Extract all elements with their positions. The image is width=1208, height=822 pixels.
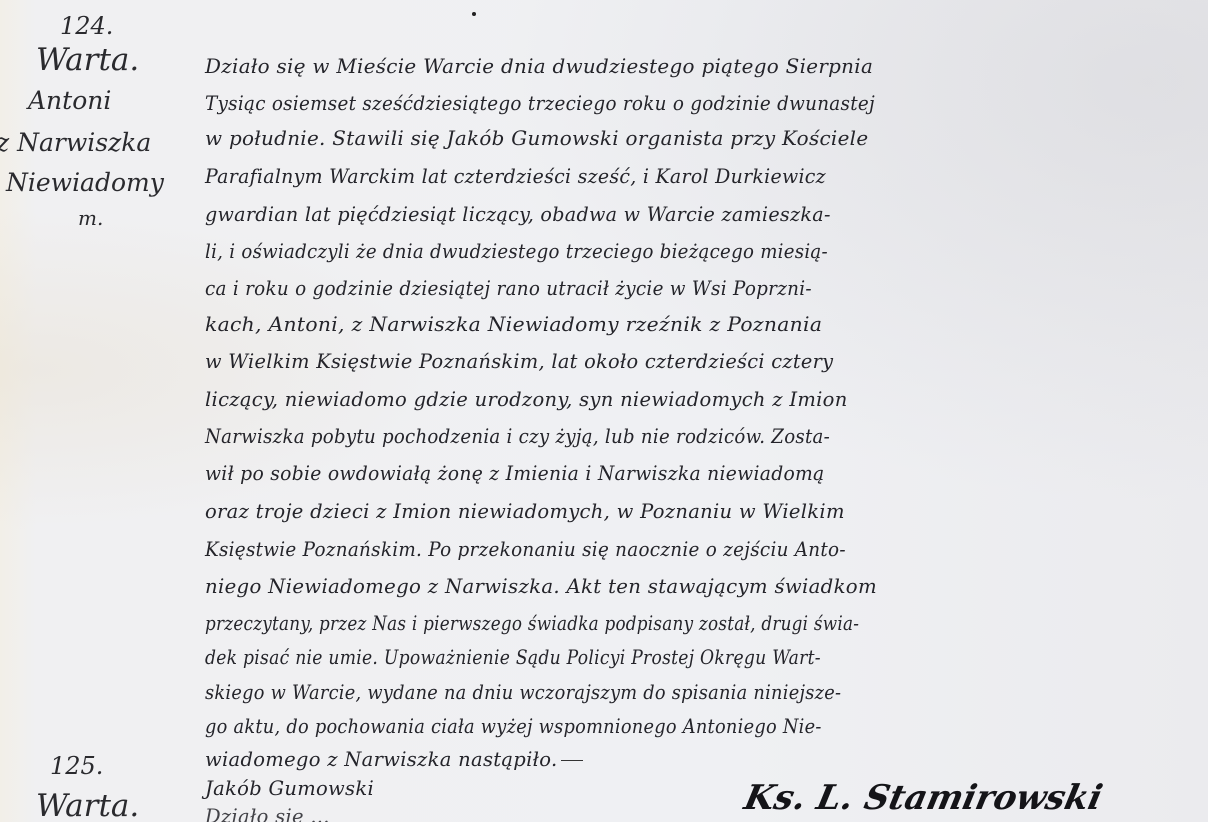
witness-signature: Jakób Gumowski <box>205 777 374 800</box>
text-line: Parafialnym Warckim lat czterdzieści sze… <box>205 165 826 188</box>
text-line: wiadomego z Narwiszka nastąpiło. <box>205 748 583 771</box>
entry-number: 124. <box>60 12 113 40</box>
text-line: ca i roku o godzinie dziesiątej rano utr… <box>205 277 812 300</box>
text-line: oraz troje dzieci z Imion niewiadomych, … <box>205 500 845 523</box>
text-line: liczący, niewiadomo gdzie urodzony, syn … <box>205 388 848 411</box>
document-page: 124. Warta. Antoni z Narwiszka Niewiadom… <box>0 0 1208 822</box>
record-body: Działo się w Mieście Warcie dnia dwudzie… <box>205 0 1205 822</box>
entry-name-line: z Narwiszka <box>0 128 151 157</box>
text-line: Tysiąc osiemset sześćdziesiątego trzecie… <box>205 92 875 115</box>
entry-name-line: m. <box>78 206 103 230</box>
entry-place: Warta. <box>36 788 139 822</box>
text-line: przeczytany, przez Nas i pierwszego świa… <box>205 612 859 635</box>
text-line: li, i oświadczyli że dnia dwudziestego t… <box>205 240 828 263</box>
text-line: wił po sobie owdowiałą żonę z Imienia i … <box>205 462 825 485</box>
entry-number: 125. <box>50 752 103 780</box>
text-line: kach, Antoni, z Narwiszka Niewiadomy rze… <box>205 313 822 336</box>
text-line: niego Niewiadomego z Narwiszka. Akt ten … <box>205 575 877 598</box>
text-line-content: wiadomego z Narwiszka nastąpiło. <box>205 748 557 771</box>
entry-name-line: Antoni <box>28 86 111 115</box>
entry-place: Warta. <box>36 42 139 78</box>
margin-column: 124. Warta. Antoni z Narwiszka Niewiadom… <box>0 0 200 822</box>
official-signature: Ks. L. Stamirowski <box>741 778 1106 818</box>
line-end-dash <box>561 760 583 761</box>
text-line: w Wielkim Księstwie Poznańskim, lat okoł… <box>205 350 833 373</box>
entry-name-line: Niewiadomy <box>6 168 164 197</box>
text-line: w południe. Stawili się Jakób Gumowski o… <box>205 127 868 150</box>
text-line: gwardian lat pięćdziesiąt liczący, obadw… <box>205 203 831 226</box>
text-line: dek pisać nie umie. Upoważnienie Sądu Po… <box>205 646 821 669</box>
text-line: Księstwie Poznańskim. Po przekonaniu się… <box>205 538 846 561</box>
text-line: skiego w Warcie, wydane na dniu wczorajs… <box>205 681 841 704</box>
text-line: go aktu, do pochowania ciała wyżej wspom… <box>205 715 822 738</box>
next-entry-start: Działo się ... <box>205 805 330 822</box>
text-line: Narwiszka pobytu pochodzenia i czy żyją,… <box>205 425 830 448</box>
text-line: Działo się w Mieście Warcie dnia dwudzie… <box>205 55 873 78</box>
